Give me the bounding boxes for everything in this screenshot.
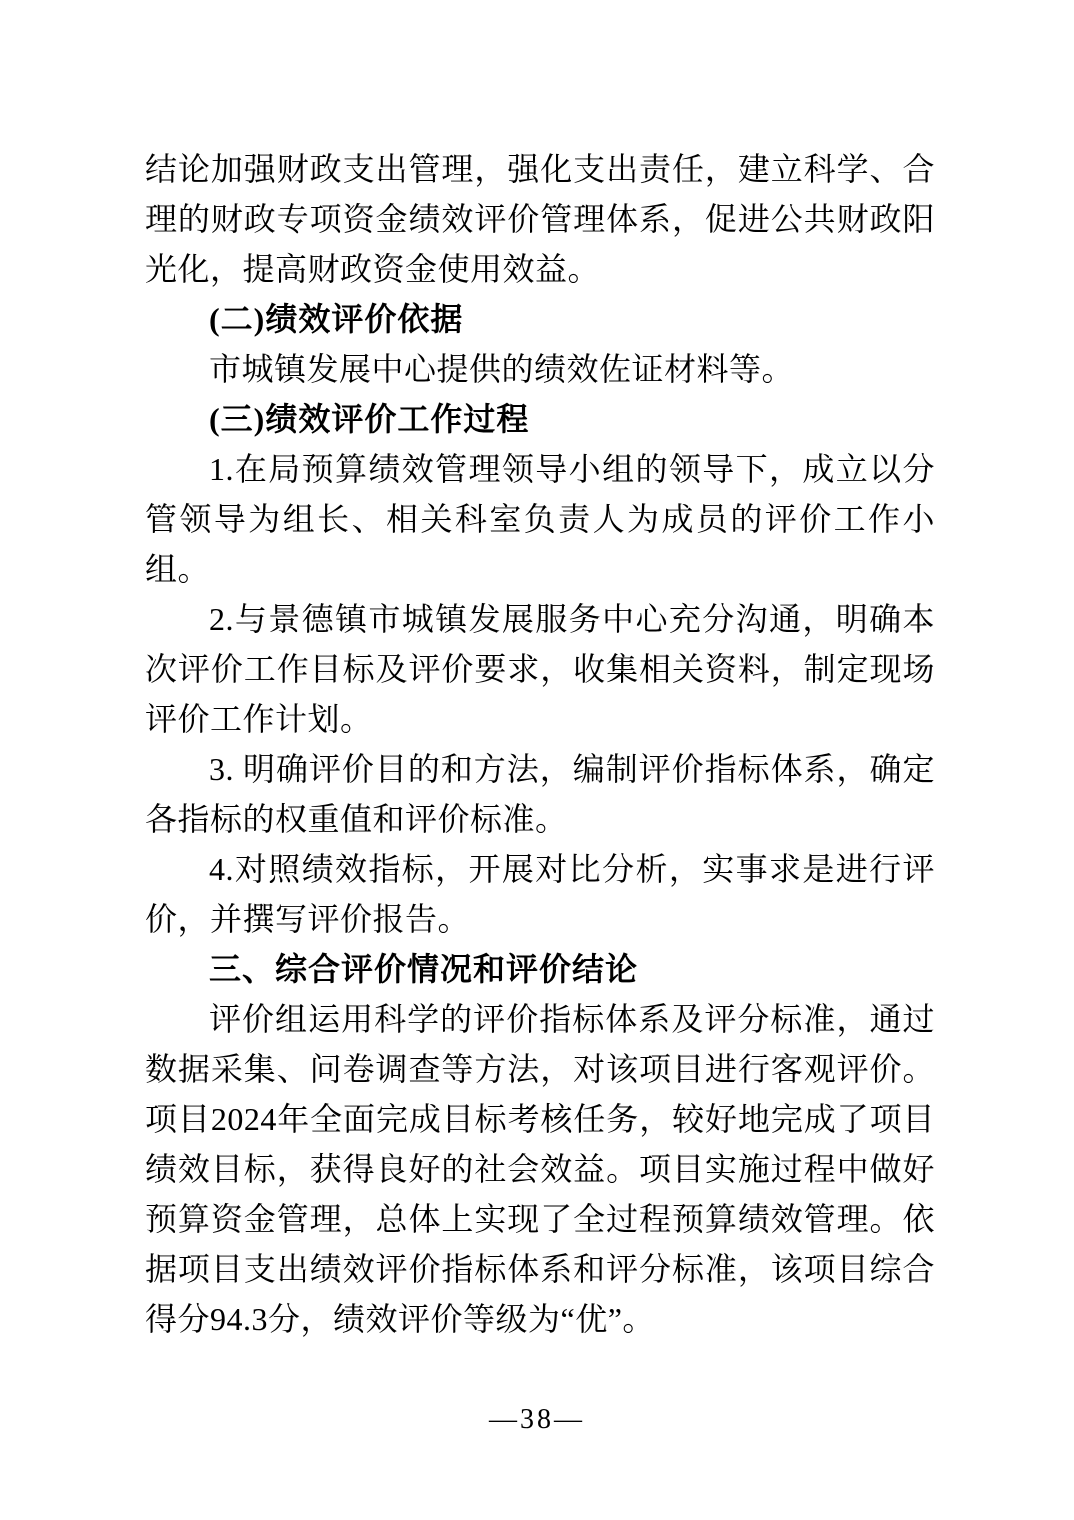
paragraph-evaluation-basis: 市城镇发展中心提供的绩效佐证材料等。	[145, 344, 935, 394]
paragraph-step-4: 4.对照绩效指标，开展对比分析，实事求是进行评价，并撰写评价报告。	[145, 844, 935, 944]
paragraph-overall-conclusion: 评价组运用科学的评价指标体系及评分标准，通过数据采集、问卷调查等方法，对该项目进…	[145, 994, 935, 1344]
page-footer: —38—	[0, 1402, 1074, 1438]
paragraph-step-3: 3. 明确评价目的和方法，编制评价指标体系，确定各指标的权重值和评价标准。	[145, 744, 935, 844]
paragraph-conclusion-continued: 结论加强财政支出管理，强化支出责任，建立科学、合理的财政专项资金绩效评价管理体系…	[145, 144, 935, 294]
paragraph-step-2: 2.与景德镇市城镇发展服务中心充分沟通，明确本次评价工作目标及评价要求，收集相关…	[145, 594, 935, 744]
paragraph-step-1: 1.在局预算绩效管理领导小组的领导下，成立以分管领导为组长、相关科室负责人为成员…	[145, 444, 935, 594]
section-heading-overall-conclusion: 三、综合评价情况和评价结论	[145, 944, 935, 994]
document-page: 结论加强财政支出管理，强化支出责任，建立科学、合理的财政专项资金绩效评价管理体系…	[0, 0, 1074, 1520]
section-heading-evaluation-basis: (二)绩效评价依据	[145, 294, 935, 344]
page-number: —38—	[489, 1404, 585, 1435]
section-heading-work-process: (三)绩效评价工作过程	[145, 394, 935, 444]
